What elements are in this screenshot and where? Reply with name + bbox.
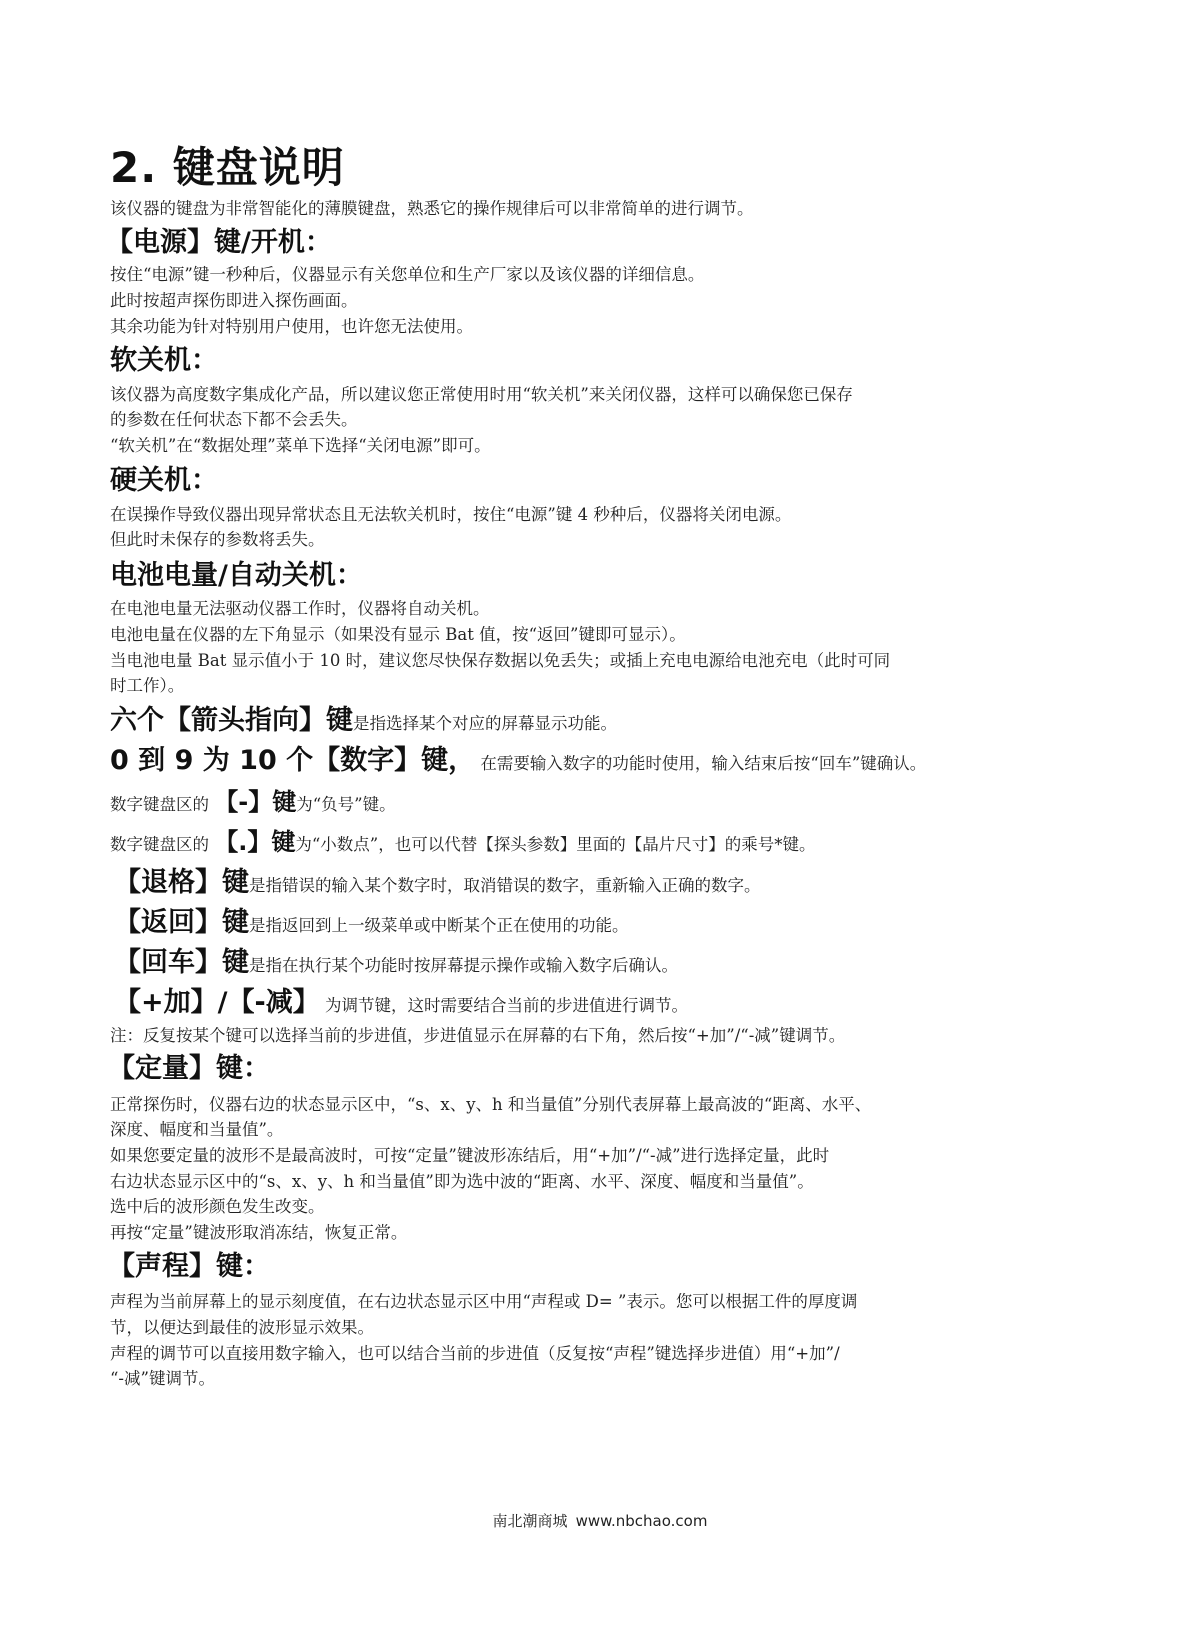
key-return-desc: 是指返回到上一级菜单或中断某个正在使用的功能。 [249, 916, 629, 935]
key-plus-minus-desc: 为调节键，这时需要结合当前的步进值进行调节。 [320, 996, 688, 1015]
heading-soft-off: 软关机： [110, 344, 218, 378]
key-numeric-desc: 在需要输入数字的功能时使用，输入结束后按“回车”键确认。 [475, 754, 926, 773]
key-return-label: 【返回】键 [114, 907, 249, 938]
heading-hard-off: 硬关机： [110, 464, 218, 498]
heading-battery: 电池电量/自动关机： [110, 559, 363, 593]
page-title: 2. 键盘说明 [110, 143, 345, 193]
power-line-1: 按住“电源”键一秒种后，仪器显示有关您单位和生产厂家以及该仪器的详细信息。 [110, 263, 704, 287]
key-enter-desc: 是指在执行某个功能时按屏幕提示操作或输入数字后确认。 [249, 956, 678, 975]
soft-off-line-3: “软关机”在“数据处理”菜单下选择“关闭电源”即可。 [110, 434, 491, 458]
footer-site-name: 南北潮商城 [493, 1512, 568, 1530]
intro-text: 该仪器的键盘为非常智能化的薄膜键盘，熟悉它的操作规律后可以非常简单的进行调节。 [110, 197, 754, 221]
key-enter-label: 【回车】键 [114, 947, 249, 978]
key-enter: 【回车】键是指在执行某个功能时按屏幕提示操作或输入数字后确认。 [114, 946, 678, 980]
key-minus-prefix: 数字键盘区的 [110, 795, 214, 814]
quant-line-2: 深度、幅度和当量值”。 [110, 1118, 283, 1142]
quant-line-5: 选中后的波形颜色发生改变。 [110, 1195, 325, 1219]
battery-line-4: 时工作）。 [110, 674, 184, 698]
key-plus-minus: 【+加】/【-减】 为调节键，这时需要结合当前的步进值进行调节。 [114, 986, 688, 1020]
quant-line-6: 再按“定量”键波形取消冻结，恢复正常。 [110, 1221, 407, 1245]
key-numeric: 0 到 9 为 10 个【数字】键， 在需要输入数字的功能时使用，输入结束后按“… [110, 744, 926, 778]
key-plus-minus-label: 【+加】/【-减】 [114, 987, 320, 1018]
battery-line-1: 在电池电量无法驱动仪器工作时，仪器将自动关机。 [110, 597, 490, 621]
key-minus-desc: 为“负号”键。 [296, 795, 395, 814]
key-backspace-label: 【退格】键 [114, 867, 249, 898]
power-line-2: 此时按超声探伤即进入探伤画面。 [110, 289, 358, 313]
key-decimal-desc: 为“小数点”，也可以代替【探头参数】里面的【晶片尺寸】的乘号*键。 [295, 835, 815, 854]
hard-off-line-1: 在误操作导致仪器出现异常状态且无法软关机时，按住“电源”键 4 秒种后，仪器将关… [110, 503, 791, 527]
battery-line-3: 当电池电量 Bat 显示值小于 10 时，建议您尽快保存数据以免丢失；或插上充电… [110, 649, 890, 673]
range-line-3: 声程的调节可以直接用数字输入，也可以结合当前的步进值（反复按“声程”键选择步进值… [110, 1342, 840, 1366]
soft-off-line-1: 该仪器为高度数字集成化产品，所以建议您正常使用时用“软关机”来关闭仪器，这样可以… [110, 383, 853, 407]
quant-line-1: 正常探伤时，仪器右边的状态显示区中，“s、x、y、h 和当量值”分别代表屏幕上最… [110, 1093, 871, 1117]
key-decimal-label: 【.】键 [214, 828, 295, 856]
step-note: 注：反复按某个键可以选择当前的步进值，步进值显示在屏幕的右下角，然后按“+加”/… [110, 1024, 845, 1048]
key-arrow-desc: 是指选择某个对应的屏幕显示功能。 [353, 714, 617, 733]
quant-line-4: 右边状态显示区中的“s、x、y、h 和当量值”即为选中波的“距离、水平、深度、幅… [110, 1170, 814, 1194]
range-line-2: 节，以便达到最佳的波形显示效果。 [110, 1316, 374, 1340]
battery-line-2: 电池电量在仪器的左下角显示（如果没有显示 Bat 值，按“返回”键即可显示）。 [110, 623, 686, 647]
key-decimal-prefix: 数字键盘区的 [110, 835, 214, 854]
key-decimal: 数字键盘区的 【.】键为“小数点”，也可以代替【探头参数】里面的【晶片尺寸】的乘… [110, 826, 816, 858]
range-line-4: “-减”键调节。 [110, 1367, 215, 1391]
key-arrow: 六个【箭头指向】键是指选择某个对应的屏幕显示功能。 [110, 704, 617, 738]
soft-off-line-2: 的参数在任何状态下都不会丢失。 [110, 408, 358, 432]
power-line-3: 其余功能为针对特别用户使用，也许您无法使用。 [110, 315, 473, 339]
quant-line-3: 如果您要定量的波形不是最高波时，可按“定量”键波形冻结后，用“+加”/“-减”进… [110, 1144, 829, 1168]
key-backspace-desc: 是指错误的输入某个数字时，取消错误的数字，重新输入正确的数字。 [249, 876, 761, 895]
range-line-1: 声程为当前屏幕上的显示刻度值，在右边状态显示区中用“声程或 D= ”表示。您可以… [110, 1290, 857, 1314]
key-minus: 数字键盘区的 【-】键为“负号”键。 [110, 786, 396, 818]
heading-range-key: 【声程】键： [108, 1250, 270, 1284]
key-minus-label: 【-】键 [214, 788, 296, 816]
hard-off-line-2: 但此时未保存的参数将丢失。 [110, 528, 325, 552]
key-numeric-label: 0 到 9 为 10 个【数字】键， [110, 745, 475, 776]
page-footer: 南北潮商城www.nbchao.com [0, 1510, 1200, 1531]
heading-power-key: 【电源】键/开机： [106, 226, 332, 260]
key-arrow-label: 六个【箭头指向】键 [110, 705, 353, 736]
heading-quant-key: 【定量】键： [108, 1052, 270, 1086]
key-return: 【返回】键是指返回到上一级菜单或中断某个正在使用的功能。 [114, 906, 629, 940]
footer-url[interactable]: www.nbchao.com [576, 1512, 708, 1530]
key-backspace: 【退格】键是指错误的输入某个数字时，取消错误的数字，重新输入正确的数字。 [114, 866, 761, 900]
